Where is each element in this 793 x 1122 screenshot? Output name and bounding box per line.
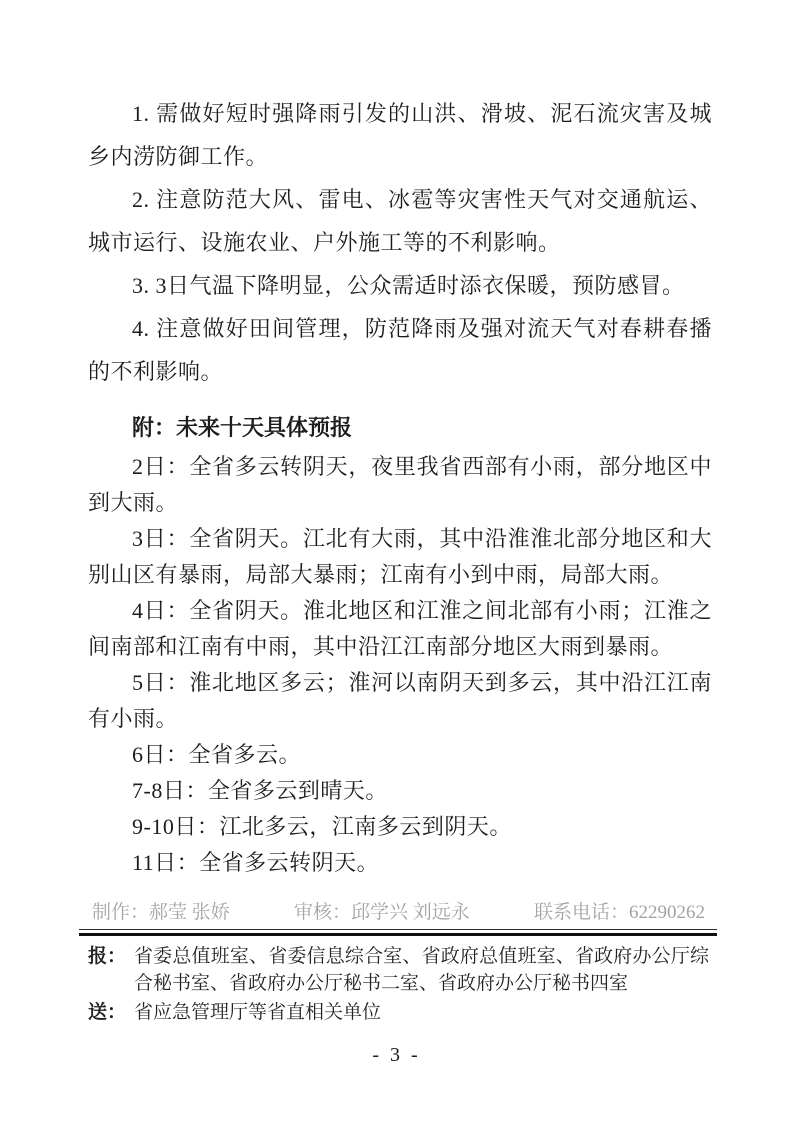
forecast-day-7-8: 7-8日：全省多云到晴天。 — [88, 773, 712, 809]
advisory-item-4: 4. 注意做好田间管理，防范降雨及强对流天气对春耕春播的不利影响。 — [88, 307, 712, 393]
footer-divider-rule — [79, 929, 717, 936]
credit-reviewers: 审核：邱学兴 刘远永 — [294, 901, 470, 925]
advisory-item-2: 2. 注意防范大风、雷电、冰雹等灾害性天气对交通航运、城市运行、设施农业、户外施… — [88, 178, 712, 264]
send-label: 送： — [88, 999, 134, 1026]
credit-makers: 制作：郝莹 张娇 — [92, 901, 230, 925]
credit-reviewers-names: 邱学兴 刘远永 — [351, 902, 470, 923]
distribution-list: 报： 省委总值班室、省委信息综合室、省政府总值班室、省政府办公厅综合秘书室、省政… — [88, 943, 709, 1026]
credit-makers-names: 郝莹 张娇 — [149, 902, 230, 923]
document-page: 1. 需做好短时强降雨引发的山洪、滑坡、泥石流灾害及城乡内涝防御工作。 2. 注… — [0, 0, 793, 1122]
credit-reviewers-label: 审核： — [294, 902, 351, 923]
report-label: 报： — [88, 943, 134, 997]
credit-phone: 联系电话：62290262 — [534, 901, 705, 925]
advisory-item-1: 1. 需做好短时强降雨引发的山洪、滑坡、泥石流灾害及城乡内涝防御工作。 — [88, 92, 712, 178]
credit-makers-label: 制作： — [92, 902, 149, 923]
report-recipients: 省委总值班室、省委信息综合室、省政府总值班室、省政府办公厅综合秘书室、省政府办公… — [134, 943, 709, 997]
distribution-report-row: 报： 省委总值班室、省委信息综合室、省政府总值班室、省政府办公厅综合秘书室、省政… — [88, 943, 709, 997]
advisory-item-3: 3. 3日气温下降明显，公众需适时添衣保暖，预防感冒。 — [88, 264, 712, 307]
page-number: - 3 - — [0, 1044, 793, 1067]
forecast-day-2: 2日：全省多云转阴天，夜里我省西部有小雨，部分地区中到大雨。 — [88, 449, 712, 521]
forecast-day-3: 3日：全省阴天。江北有大雨，其中沿淮淮北部分地区和大别山区有暴雨，局部大暴雨；江… — [88, 521, 712, 593]
forecast-day-4: 4日：全省阴天。淮北地区和江淮之间北部有小雨；江淮之间南部和江南有中雨，其中沿江… — [88, 593, 712, 665]
forecast-day-11: 11日：全省多云转阴天。 — [88, 845, 712, 881]
credit-phone-number: 62290262 — [629, 902, 705, 923]
forecast-day-5: 5日：淮北地区多云；淮河以南阴天到多云，其中沿江江南有小雨。 — [88, 665, 712, 737]
forecast-day-9-10: 9-10日：江北多云，江南多云到阴天。 — [88, 809, 712, 845]
document-body: 1. 需做好短时强降雨引发的山洪、滑坡、泥石流灾害及城乡内涝防御工作。 2. 注… — [88, 92, 712, 881]
forecast-day-6: 6日：全省多云。 — [88, 737, 712, 773]
send-recipients: 省应急管理厅等省直相关单位 — [134, 999, 709, 1026]
attachment-heading: 附：未来十天具体预报 — [88, 407, 712, 449]
credit-phone-label: 联系电话： — [534, 902, 629, 923]
distribution-send-row: 送： 省应急管理厅等省直相关单位 — [88, 999, 709, 1026]
footer-credits: 制作：郝莹 张娇 审核：邱学兴 刘远永 联系电话：62290262 — [92, 901, 705, 925]
